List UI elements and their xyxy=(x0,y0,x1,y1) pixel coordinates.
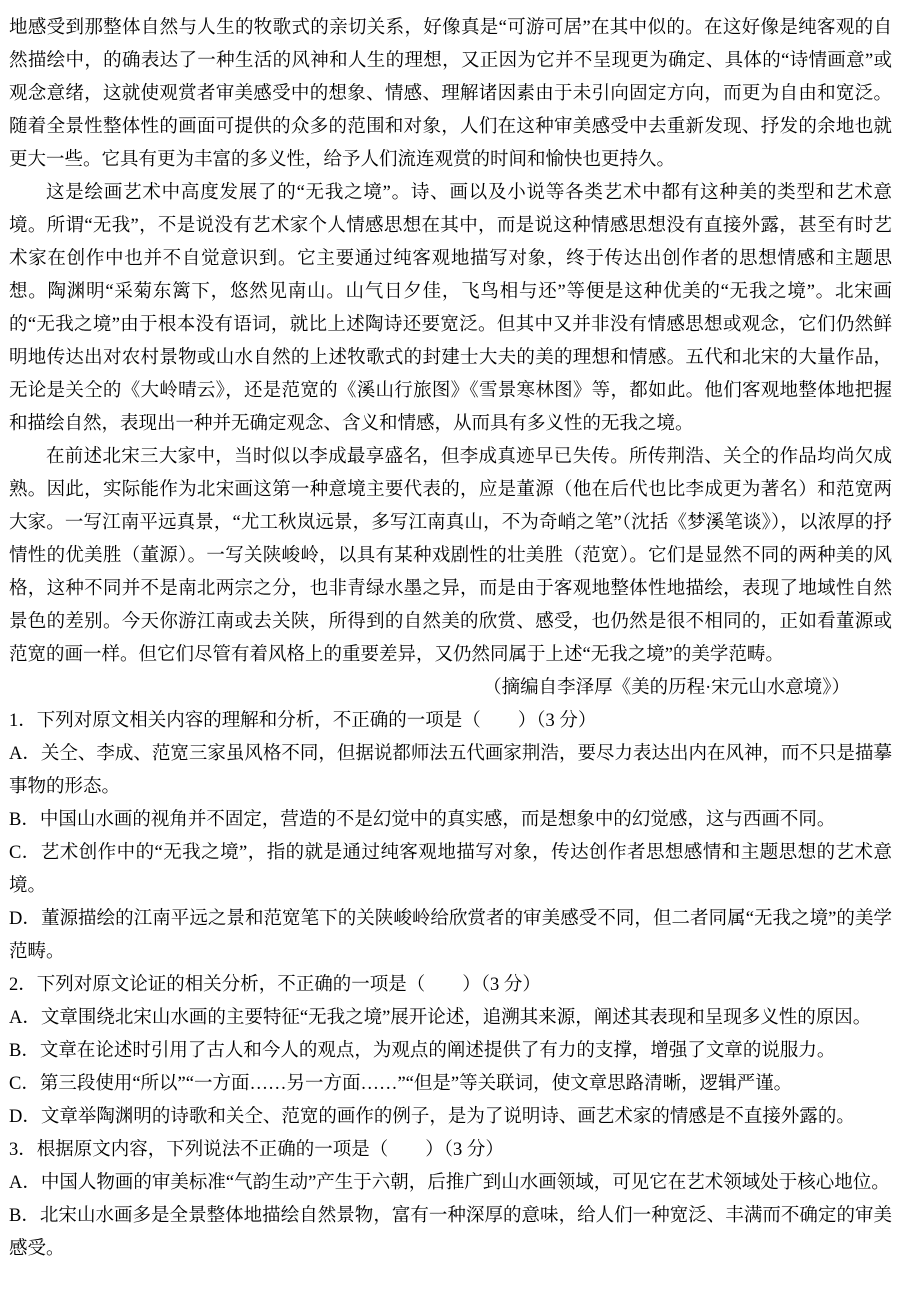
question-3: 3．根据原文内容，下列说法不正确的一项是（ ）（3 分） A．中国人物画的审美标… xyxy=(9,1134,892,1266)
question-1: 1．下列对原文相关内容的理解和分析，不正确的一项是（ ）（3 分） A．关仝、李… xyxy=(9,705,892,969)
question-1-stem: 1．下列对原文相关内容的理解和分析，不正确的一项是（ ）（3 分） xyxy=(9,705,892,738)
question-2-stem: 2．下列对原文论证的相关分析，不正确的一项是（ ）（3 分） xyxy=(9,969,892,1002)
passage-paragraph-2: 这是绘画艺术中高度发展了的“无我之境”。诗、画以及小说等各类艺术中都有这种美的类… xyxy=(9,177,892,441)
question-2: 2．下列对原文论证的相关分析，不正确的一项是（ ）（3 分） A．文章围绕北宋山… xyxy=(9,969,892,1134)
question-2-option-d: D．文章举陶渊明的诗歌和关仝、范宽的画作的例子，是为了说明诗、画艺术家的情感是不… xyxy=(9,1101,892,1134)
question-1-option-a: A．关仝、李成、范宽三家虽风格不同，但据说都师法五代画家荆浩，要尽力表达出内在风… xyxy=(9,738,892,804)
passage-paragraph-1: 地感受到那整体自然与人生的牧歌式的亲切关系，好像真是“可游可居”在其中似的。在这… xyxy=(9,12,892,177)
passage-paragraph-3: 在前述北宋三大家中，当时似以李成最享盛名，但李成真迹早已失传。所传荆浩、关仝的作… xyxy=(9,441,892,672)
question-3-option-b: B．北宋山水画多是全景整体地描绘自然景物，富有一种深厚的意味，给人们一种宽泛、丰… xyxy=(9,1200,892,1266)
question-1-option-c: C．艺术创作中的“无我之境”，指的就是通过纯客观地描写对象，传达创作者思想感情和… xyxy=(9,837,892,903)
exam-page: 地感受到那整体自然与人生的牧歌式的亲切关系，好像真是“可游可居”在其中似的。在这… xyxy=(0,0,900,1306)
question-2-option-b: B．文章在论述时引用了古人和今人的观点，为观点的阐述提供了有力的支撑，增强了文章… xyxy=(9,1035,892,1068)
question-1-option-d: D．董源描绘的江南平远之景和范宽笔下的关陕峻岭给欣赏者的审美感受不同，但二者同属… xyxy=(9,903,892,969)
question-1-option-b: B．中国山水画的视角并不固定，营造的不是幻觉中的真实感，而是想象中的幻觉感，这与… xyxy=(9,804,892,837)
question-2-option-a: A．文章围绕北宋山水画的主要特征“无我之境”展开论述，追溯其来源，阐述其表现和呈… xyxy=(9,1002,892,1035)
question-3-option-a: A．中国人物画的审美标准“气韵生动”产生于六朝，后推广到山水画领域，可见它在艺术… xyxy=(9,1167,892,1200)
question-2-option-c: C．第三段使用“所以”“一方面……另一方面……”“但是”等关联词，使文章思路清晰… xyxy=(9,1068,892,1101)
question-3-stem: 3．根据原文内容，下列说法不正确的一项是（ ）（3 分） xyxy=(9,1134,892,1167)
attribution-line: （摘编自李泽厚《美的历程·宋元山水意境》） xyxy=(9,672,892,705)
